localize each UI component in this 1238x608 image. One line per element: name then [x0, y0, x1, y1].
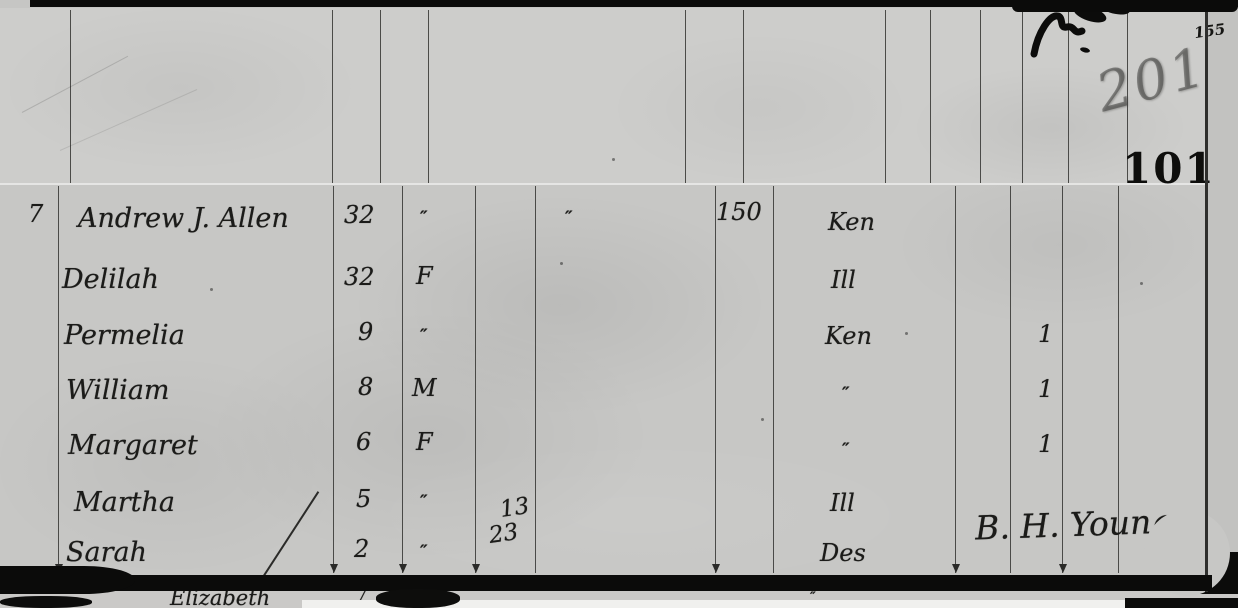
column-rule [930, 10, 931, 183]
row-name: William [66, 375, 170, 406]
row-age: 8 [358, 373, 373, 401]
column-rule [952, 564, 960, 573]
film-gap-band [0, 575, 1212, 591]
column-rule [715, 186, 716, 573]
page-right-edge [1205, 8, 1208, 592]
row-name: Permelia [64, 320, 185, 351]
row-extra-mark: ″ [565, 208, 573, 228]
film-edge-top-right [1012, 0, 1238, 12]
film-blob [0, 596, 92, 608]
row-property-value: 150 [716, 198, 762, 226]
ink-speck [560, 262, 563, 265]
enumerator-signature: B. H. Young [974, 502, 1173, 548]
row-sex-mark: M [412, 374, 437, 402]
column-rule [58, 186, 59, 573]
row-sex-mark: ″ [420, 326, 428, 346]
row-birthplace: ″ [842, 384, 850, 404]
row-tick: 1 [1038, 375, 1053, 403]
column-rule [330, 564, 338, 573]
row-age: 9 [358, 318, 373, 346]
column-rule [472, 564, 480, 573]
column-rule [773, 186, 774, 573]
column-rule [1022, 10, 1023, 183]
row-age: 32 [344, 201, 375, 229]
column-rule [380, 10, 381, 183]
column-rule [685, 10, 686, 183]
ink-speck [905, 332, 908, 335]
column-rule [885, 10, 886, 183]
ink-speck [761, 418, 764, 421]
row-name: Andrew J. Allen [78, 203, 289, 234]
column-rule [402, 186, 403, 573]
stamped-page-number: 101 [1122, 144, 1216, 193]
row-tick: 1 [1038, 430, 1053, 458]
row-age: 32 [344, 263, 375, 291]
dwelling-number: 7 [28, 200, 43, 228]
column-rule [332, 10, 333, 183]
ink-speck [612, 158, 615, 161]
row-name: Margaret [68, 430, 198, 461]
row-age: 6 [356, 428, 371, 456]
row-age: 5 [356, 485, 371, 513]
row-sex-mark: ″ [420, 208, 428, 228]
row-name: Sarah [66, 537, 147, 568]
ink-speck [1140, 282, 1143, 285]
column-rule [70, 10, 71, 183]
stacked-notation-bottom: 23 [487, 519, 520, 549]
column-rule [475, 186, 476, 573]
ink-speck [210, 288, 213, 291]
row-sex-mark: ″ [420, 542, 428, 562]
row-birthplace: ″ [842, 440, 850, 460]
column-rule [399, 564, 407, 573]
column-rule [333, 186, 334, 573]
film-gap-band-left [0, 566, 135, 594]
column-rule [428, 10, 429, 183]
column-rule [955, 186, 956, 573]
film-edge-bottom-right [1125, 598, 1238, 608]
column-rule [712, 564, 720, 573]
row-birthplace: Ken [828, 208, 875, 236]
row-birthplace: Ill [830, 489, 855, 517]
row-name: Martha [74, 487, 175, 518]
row-tick: 1 [1038, 320, 1053, 348]
column-rule [1059, 564, 1067, 573]
scanned-census-page: 7 Andrew J. Allen 32 ″ ″ 150 Ken Delilah… [0, 0, 1238, 608]
film-blob [376, 589, 460, 608]
row-sex-mark: F [416, 428, 433, 456]
column-rule [980, 10, 981, 183]
row-birthplace: Ken [825, 322, 872, 350]
row-sex-mark: ″ [420, 492, 428, 512]
row-sex-mark: F [416, 262, 433, 290]
row-age: 2 [354, 535, 369, 563]
column-rule [535, 186, 536, 573]
row-name: Delilah [62, 264, 159, 295]
column-rule [743, 10, 744, 183]
row-birthplace: Des [820, 539, 866, 567]
row-birthplace: Ill [831, 266, 856, 294]
